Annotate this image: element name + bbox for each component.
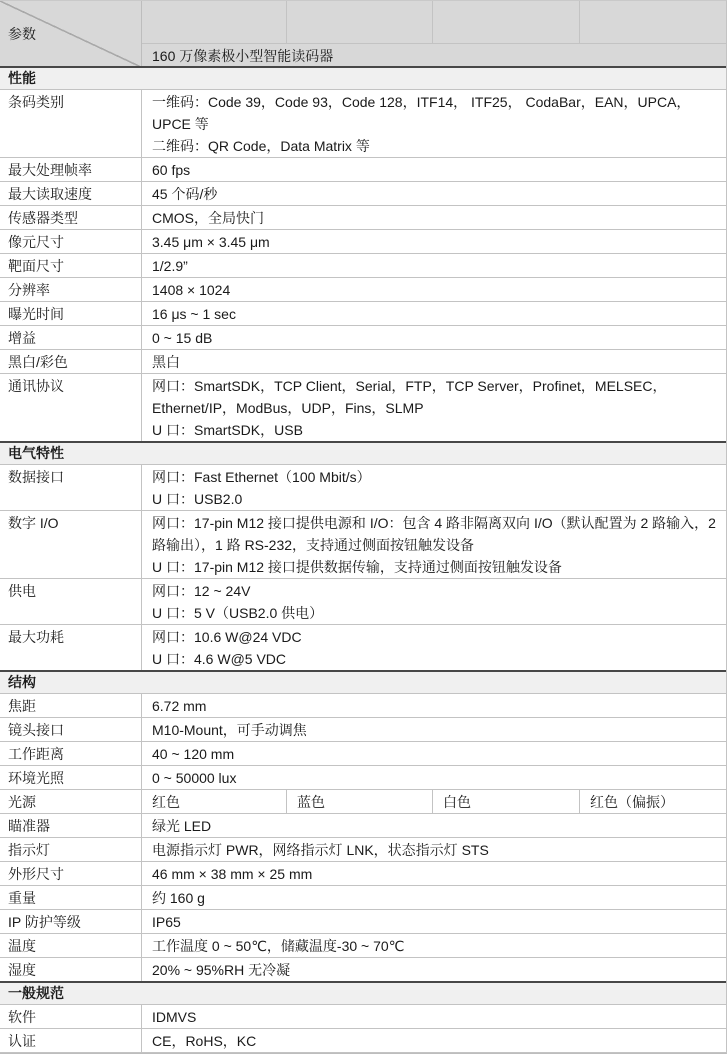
row-temperature: 温度 工作温度 0 ~ 50℃，储藏温度-30 ~ 70℃ <box>0 934 726 958</box>
section-header-electrical: 电气特性 <box>0 441 726 465</box>
spec-value: 60 fps <box>142 158 726 181</box>
row-working-distance: 工作距离 40 ~ 120 mm <box>0 742 726 766</box>
value-line: U 口：SmartSDK，USB <box>152 419 718 441</box>
spec-table: 参数 160 万像素极小型智能读码器 性能 条码类别 一维码：Code 39，C… <box>0 0 727 1054</box>
spec-value: M10-Mount，可手动调焦 <box>142 718 726 741</box>
row-max-power-consumption: 最大功耗 网口：10.6 W@24 VDC U 口：4.6 W@5 VDC <box>0 625 726 671</box>
header-column-cell <box>287 1 433 43</box>
spec-label: 增益 <box>0 326 142 349</box>
spec-label: 数字 I/O <box>0 511 142 578</box>
spec-label: IP 防护等级 <box>0 910 142 933</box>
value-line: U 口：USB2.0 <box>152 488 718 510</box>
row-communication-protocol: 通讯协议 网口：SmartSDK，TCP Client，Serial，FTP，T… <box>0 374 726 442</box>
spec-label: 通讯协议 <box>0 374 142 441</box>
value-line: 网口：12 ~ 24V <box>152 580 718 602</box>
corner-label: 参数 <box>8 24 36 44</box>
parameter-corner-cell: 参数 <box>0 1 142 67</box>
spec-value: 网口：Fast Ethernet（100 Mbit/s） U 口：USB2.0 <box>142 465 726 510</box>
value-line: 网口：17-pin M12 接口提供电源和 I/O：包含 4 路非隔离双向 I/… <box>152 512 718 556</box>
header-right: 160 万像素极小型智能读码器 <box>142 1 726 67</box>
spec-value: 一维码：Code 39，Code 93，Code 128，ITF14， ITF2… <box>142 90 726 157</box>
spec-label: 焦距 <box>0 694 142 717</box>
row-mono-color: 黑白/彩色 黑白 <box>0 350 726 374</box>
spec-label: 指示灯 <box>0 838 142 861</box>
spec-value: CMOS，全局快门 <box>142 206 726 229</box>
value-line: 网口：Fast Ethernet（100 Mbit/s） <box>152 466 718 488</box>
spec-label: 软件 <box>0 1005 142 1028</box>
light-source-cell: 蓝色 <box>287 790 433 813</box>
spec-value: 电源指示灯 PWR，网络指示灯 LNK，状态指示灯 STS <box>142 838 726 861</box>
spec-label: 传感器类型 <box>0 206 142 229</box>
spec-value: 绿光 LED <box>142 814 726 837</box>
light-source-cells: 红色 蓝色 白色 红色（偏振） <box>142 790 726 813</box>
spec-label: 曝光时间 <box>0 302 142 325</box>
header-column-cell <box>580 1 726 43</box>
spec-value: 3.45 μm × 3.45 μm <box>142 230 726 253</box>
value-line: U 口：4.6 W@5 VDC <box>152 648 718 670</box>
spec-label: 最大功耗 <box>0 625 142 670</box>
spec-label: 环境光照 <box>0 766 142 789</box>
spec-value: 0 ~ 15 dB <box>142 326 726 349</box>
row-power-supply: 供电 网口：12 ~ 24V U 口：5 V（USB2.0 供电） <box>0 579 726 625</box>
spec-value: 1408 × 1024 <box>142 278 726 301</box>
value-line: 网口：10.6 W@24 VDC <box>152 626 718 648</box>
spec-value: 0 ~ 50000 lux <box>142 766 726 789</box>
light-source-cell: 红色（偏振） <box>580 790 726 813</box>
spec-value: 6.72 mm <box>142 694 726 717</box>
spec-value: 网口：12 ~ 24V U 口：5 V（USB2.0 供电） <box>142 579 726 624</box>
row-exposure-time: 曝光时间 16 μs ~ 1 sec <box>0 302 726 326</box>
value-line: 网口：SmartSDK，TCP Client，Serial，FTP，TCP Se… <box>152 375 718 419</box>
row-ambient-light: 环境光照 0 ~ 50000 lux <box>0 766 726 790</box>
section-title: 性能 <box>8 70 36 86</box>
header-column-cell <box>433 1 580 43</box>
value-line: U 口：17-pin M12 接口提供数据传输，支持通过侧面按钮触发设备 <box>152 556 718 578</box>
spec-label: 黑白/彩色 <box>0 350 142 373</box>
spec-label: 温度 <box>0 934 142 957</box>
spec-label: 重量 <box>0 886 142 909</box>
spec-label: 数据接口 <box>0 465 142 510</box>
row-data-interface: 数据接口 网口：Fast Ethernet（100 Mbit/s） U 口：US… <box>0 465 726 511</box>
row-resolution: 分辨率 1408 × 1024 <box>0 278 726 302</box>
header-column-cell <box>142 1 287 43</box>
spec-label: 镜头接口 <box>0 718 142 741</box>
spec-value: 网口：10.6 W@24 VDC U 口：4.6 W@5 VDC <box>142 625 726 670</box>
section-header-structure: 结构 <box>0 670 726 694</box>
row-lens-mount: 镜头接口 M10-Mount，可手动调焦 <box>0 718 726 742</box>
table-header: 参数 160 万像素极小型智能读码器 <box>0 1 726 67</box>
spec-label: 条码类别 <box>0 90 142 157</box>
row-max-read-speed: 最大读取速度 45 个码/秒 <box>0 182 726 206</box>
row-certification: 认证 CE，RoHS，KC <box>0 1029 726 1053</box>
row-sensor-type: 传感器类型 CMOS，全局快门 <box>0 206 726 230</box>
spec-label: 供电 <box>0 579 142 624</box>
light-source-cell: 白色 <box>433 790 580 813</box>
value-line: U 口：5 V（USB2.0 供电） <box>152 602 718 624</box>
row-aimer: 瞄准器 绿光 LED <box>0 814 726 838</box>
light-source-cell: 红色 <box>142 790 287 813</box>
spec-label: 光源 <box>0 790 142 813</box>
row-max-frame-rate: 最大处理帧率 60 fps <box>0 158 726 182</box>
spec-value: IP65 <box>142 910 726 933</box>
spec-value: CE，RoHS，KC <box>142 1029 726 1052</box>
row-humidity: 湿度 20% ~ 95%RH 无冷凝 <box>0 958 726 982</box>
row-ip-rating: IP 防护等级 IP65 <box>0 910 726 934</box>
spec-value: 黑白 <box>142 350 726 373</box>
row-software: 软件 IDMVS <box>0 1005 726 1029</box>
row-barcode-types: 条码类别 一维码：Code 39，Code 93，Code 128，ITF14，… <box>0 90 726 158</box>
spec-value: 工作温度 0 ~ 50℃，储藏温度-30 ~ 70℃ <box>142 934 726 957</box>
section-header-performance: 性能 <box>0 66 726 90</box>
row-dimensions: 外形尺寸 46 mm × 38 mm × 25 mm <box>0 862 726 886</box>
spec-value: 46 mm × 38 mm × 25 mm <box>142 862 726 885</box>
spec-label: 认证 <box>0 1029 142 1052</box>
spec-value: 网口：SmartSDK，TCP Client，Serial，FTP，TCP Se… <box>142 374 726 441</box>
spec-label: 外形尺寸 <box>0 862 142 885</box>
row-digital-io: 数字 I/O 网口：17-pin M12 接口提供电源和 I/O：包含 4 路非… <box>0 511 726 579</box>
spec-label: 湿度 <box>0 958 142 981</box>
spec-value: 20% ~ 95%RH 无冷凝 <box>142 958 726 981</box>
spec-value: 1/2.9” <box>142 254 726 277</box>
header-column-row <box>142 1 726 44</box>
spec-label: 靶面尺寸 <box>0 254 142 277</box>
spec-label: 工作距离 <box>0 742 142 765</box>
row-sensor-format: 靶面尺寸 1/2.9” <box>0 254 726 278</box>
row-weight: 重量 约 160 g <box>0 886 726 910</box>
row-light-source: 光源 红色 蓝色 白色 红色（偏振） <box>0 790 726 814</box>
product-name: 160 万像素极小型智能读码器 <box>152 46 333 66</box>
section-title: 电气特性 <box>8 445 64 461</box>
section-title: 一般规范 <box>8 985 64 1001</box>
row-gain: 增益 0 ~ 15 dB <box>0 326 726 350</box>
spec-value: 45 个码/秒 <box>142 182 726 205</box>
row-indicator-lights: 指示灯 电源指示灯 PWR，网络指示灯 LNK，状态指示灯 STS <box>0 838 726 862</box>
spec-value: 网口：17-pin M12 接口提供电源和 I/O：包含 4 路非隔离双向 I/… <box>142 511 726 578</box>
spec-label: 像元尺寸 <box>0 230 142 253</box>
row-focal-length: 焦距 6.72 mm <box>0 694 726 718</box>
section-title: 结构 <box>8 674 36 690</box>
spec-value: 16 μs ~ 1 sec <box>142 302 726 325</box>
spec-label: 最大处理帧率 <box>0 158 142 181</box>
spec-value: 约 160 g <box>142 886 726 909</box>
value-line: 一维码：Code 39，Code 93，Code 128，ITF14， ITF2… <box>152 91 718 135</box>
section-header-general: 一般规范 <box>0 981 726 1005</box>
spec-label: 分辨率 <box>0 278 142 301</box>
value-line: 二维码：QR Code，Data Matrix 等 <box>152 135 718 157</box>
product-name-row: 160 万像素极小型智能读码器 <box>142 44 726 67</box>
row-pixel-size: 像元尺寸 3.45 μm × 3.45 μm <box>0 230 726 254</box>
spec-value: IDMVS <box>142 1005 726 1028</box>
spec-label: 最大读取速度 <box>0 182 142 205</box>
spec-value: 40 ~ 120 mm <box>142 742 726 765</box>
spec-label: 瞄准器 <box>0 814 142 837</box>
